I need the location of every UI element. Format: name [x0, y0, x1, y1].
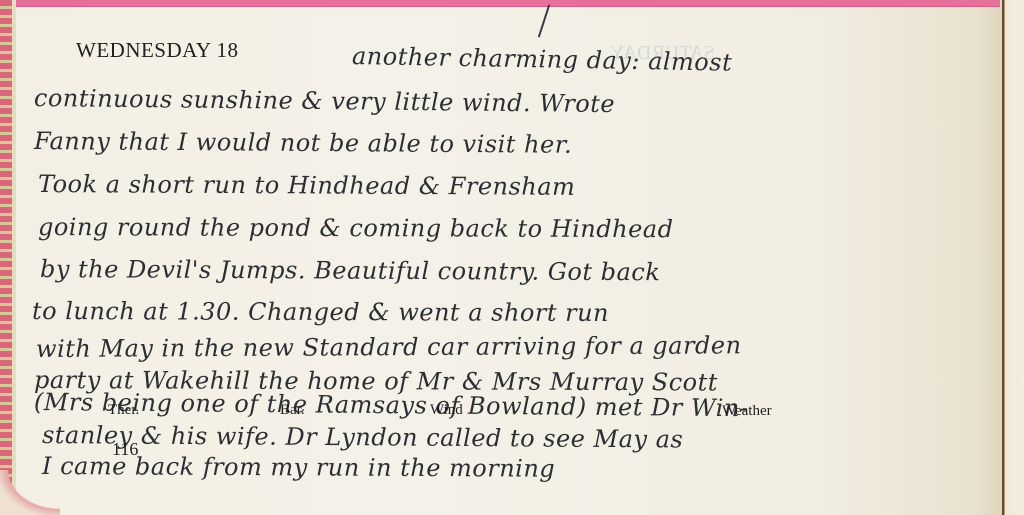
handwritten-line: Took a short run to Hindhead & Frensham: [38, 170, 576, 201]
weather-label: Weather: [722, 403, 772, 420]
handwritten-line: going round the pond & coming back to Hi…: [38, 213, 674, 243]
handwritten-line: to lunch at 1.30. Changed & went a short…: [32, 297, 609, 327]
book-binding-edge: [1002, 0, 1024, 515]
thermometer-label: Ther.: [108, 402, 139, 419]
diary-page: SATURDAY WEDNESDAY 18 another charming d…: [0, 0, 1024, 515]
ink-stroke-from-previous-entry: [538, 5, 550, 38]
handwritten-line: continuous sunshine & very little wind. …: [34, 84, 615, 118]
barometer-label: Bar.: [280, 402, 305, 419]
page-left-margin: [12, 0, 16, 505]
wind-label: Wind: [430, 402, 463, 419]
handwritten-line: by the Devil's Jumps. Beautiful country.…: [40, 255, 660, 286]
handwritten-line: with May in the new Standard car arrivin…: [36, 331, 742, 363]
handwritten-line: Fanny that I would not be able to visit …: [34, 127, 572, 159]
day-heading: WEDNESDAY 18: [76, 38, 239, 63]
handwritten-line: (Mrs being one of the Ramsays of Bowland…: [34, 388, 749, 422]
handwritten-line: another charming day: almost: [352, 42, 733, 77]
page-top-red-edge: [0, 0, 1000, 7]
page-number: 116: [112, 439, 138, 460]
